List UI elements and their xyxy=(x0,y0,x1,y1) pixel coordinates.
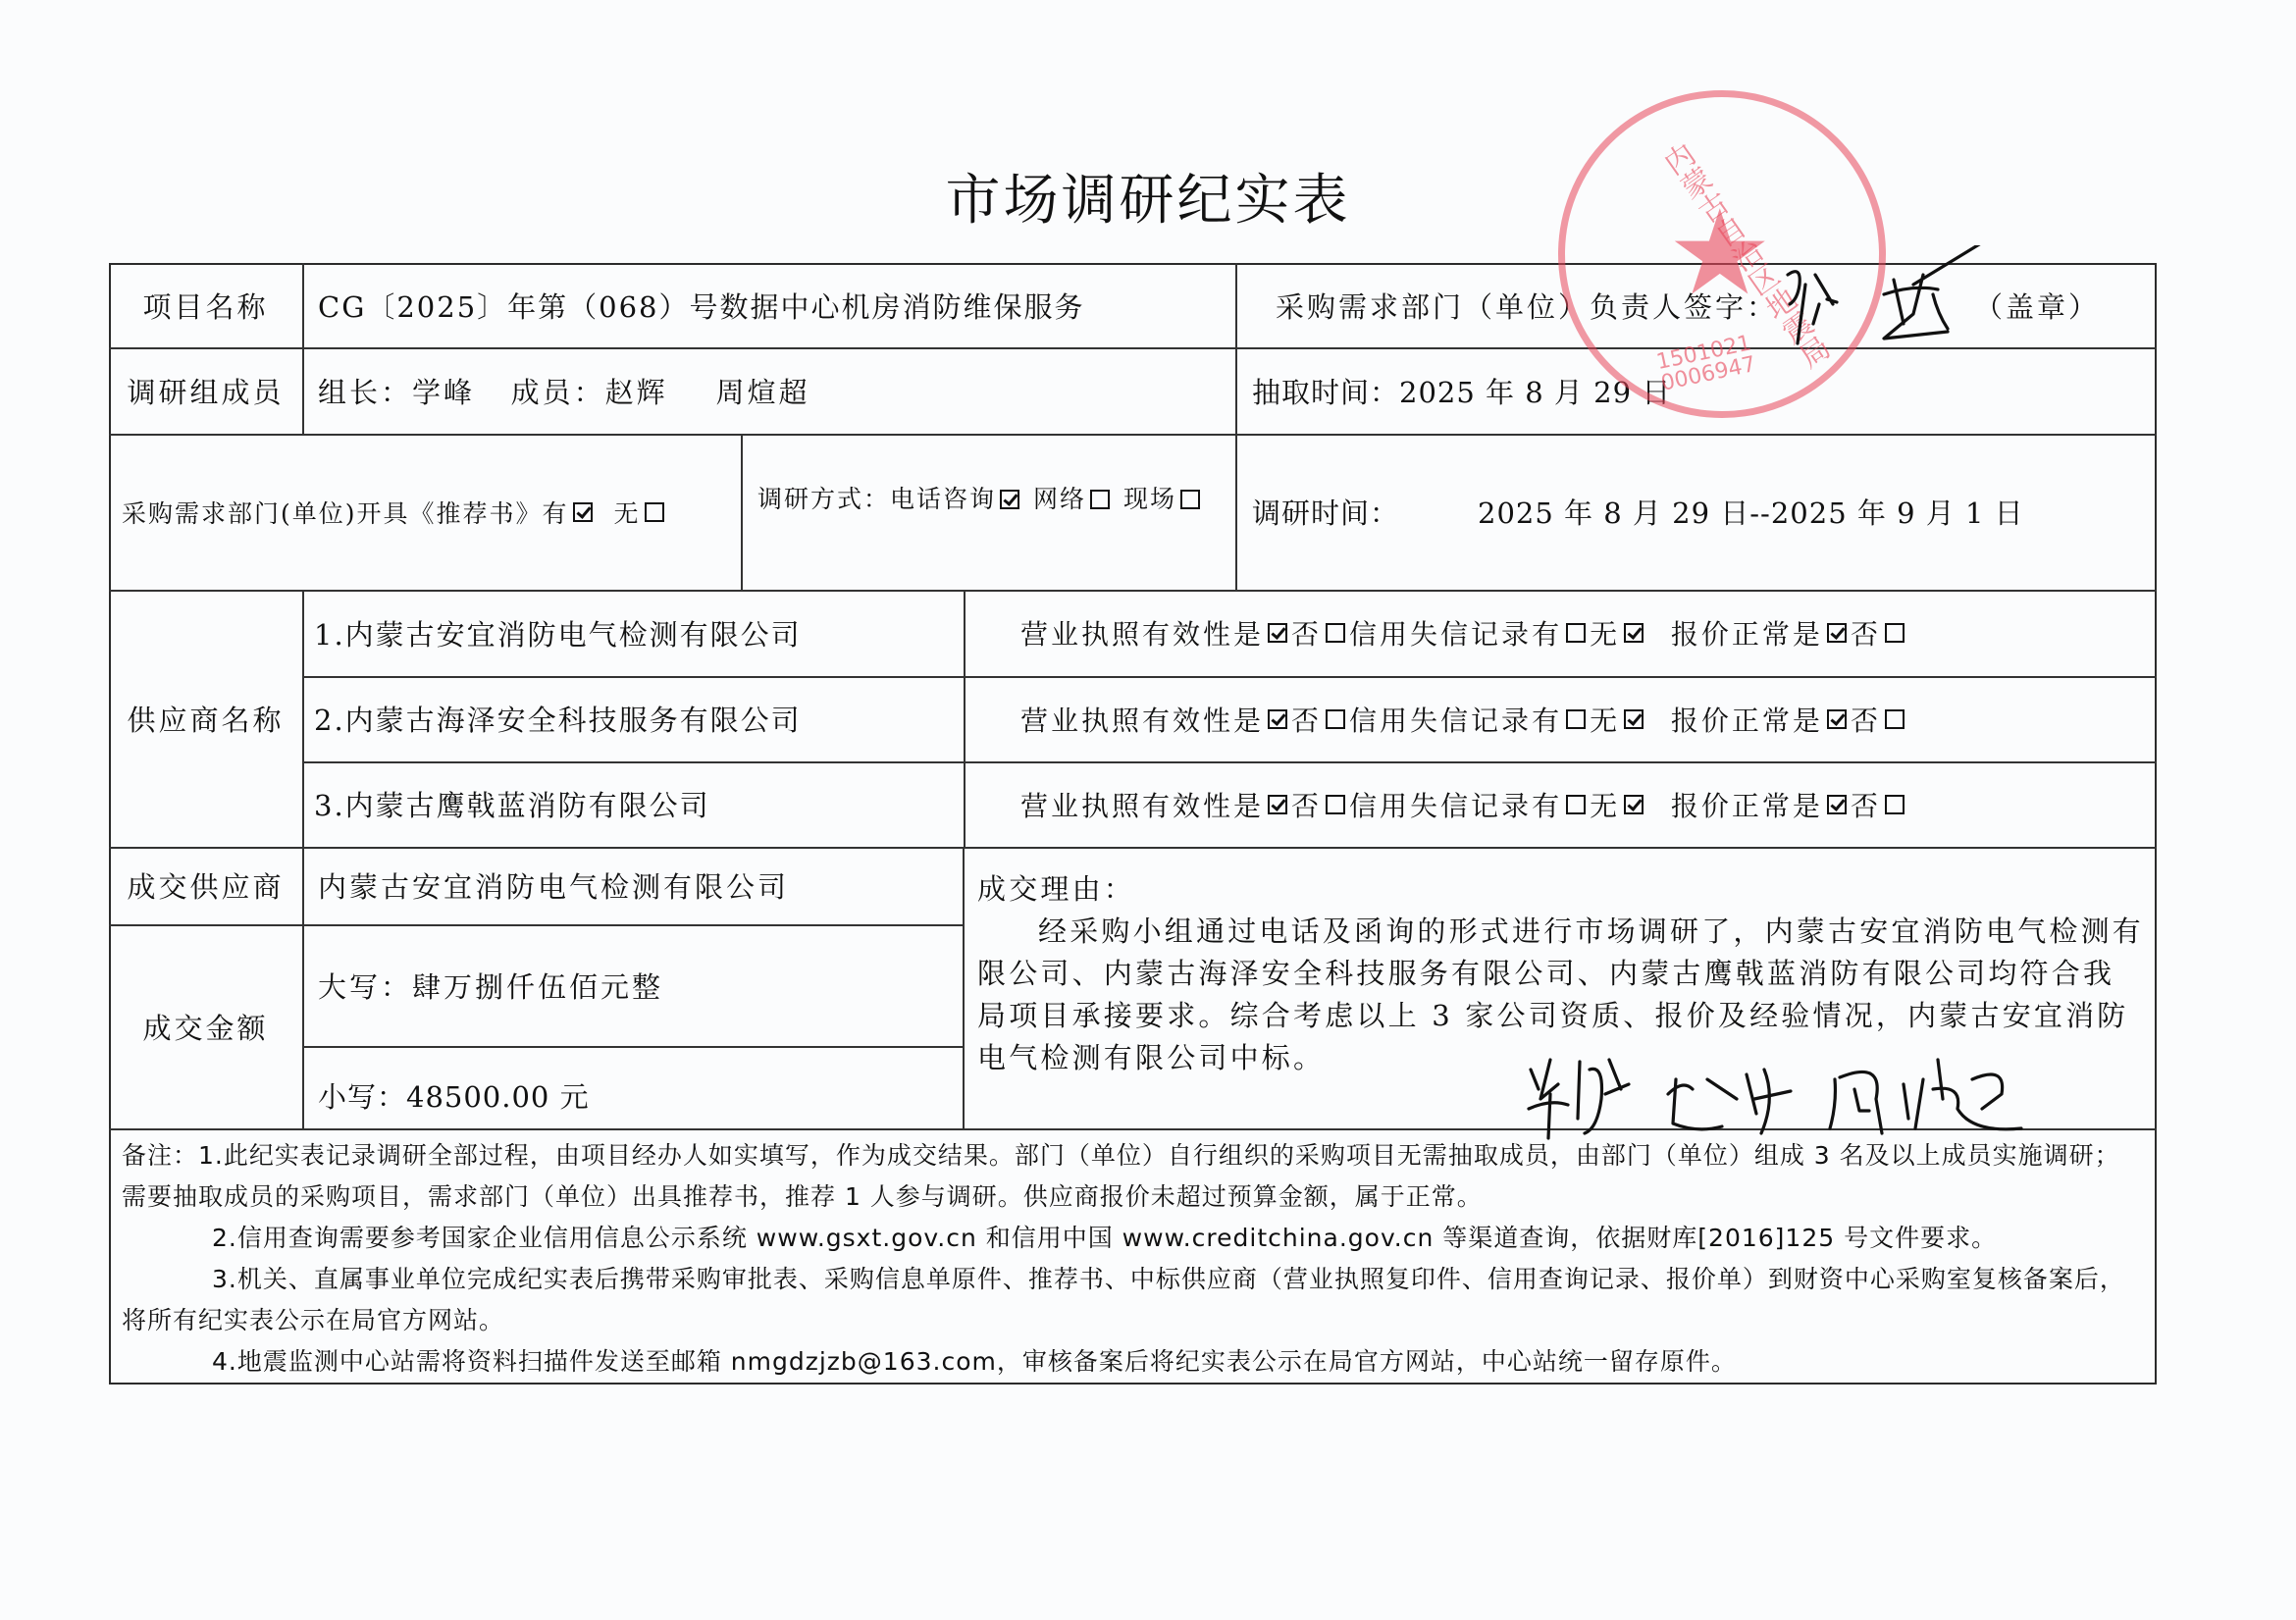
credit-have-checkbox[interactable] xyxy=(1566,709,1586,729)
credit-none-label: 无 xyxy=(1590,785,1620,824)
quote-yes-checkbox[interactable] xyxy=(1827,795,1847,814)
winner-value: 内蒙古安宜消防电气检测有限公司 xyxy=(318,847,956,924)
supplier-checks: 营业执照有效性 是 否 信用失信记录 有无 报价正常 是 否 xyxy=(1020,761,2149,847)
credit-none-label: 无 xyxy=(1590,700,1620,739)
license-no-checkbox[interactable] xyxy=(1326,623,1345,643)
credit-none-checkbox[interactable] xyxy=(1624,709,1644,729)
signature-field: 采购需求部门（单位）负责人签字： （盖章） xyxy=(1276,263,2149,347)
license-label: 营业执照有效性 xyxy=(1020,700,1233,739)
credit-have-checkbox[interactable] xyxy=(1566,795,1586,814)
quote-no-label: 否 xyxy=(1851,613,1881,653)
license-no-checkbox[interactable] xyxy=(1326,709,1345,729)
quote-yes-label: 是 xyxy=(1793,785,1823,824)
license-no-checkbox[interactable] xyxy=(1326,795,1345,814)
license-label: 营业执照有效性 xyxy=(1020,785,1233,824)
note-2: 2.信用查询需要参考国家企业信用信息公示系统 www.gsxt.gov.cn 和… xyxy=(122,1218,2143,1259)
research-method-label: 调研方式： xyxy=(757,485,890,513)
recommendation-no-label: 无 xyxy=(614,495,641,530)
note-1: 备注：1.此纪实表记录调研全部过程，由项目经办人如实填写，作为成交结果。部门（单… xyxy=(122,1135,2143,1218)
amount-uppercase: 大写：肆万捌仟伍佰元整 xyxy=(318,924,956,1046)
license-no-label: 否 xyxy=(1291,785,1322,824)
credit-label: 信用失信记录 xyxy=(1349,613,1532,653)
license-no-label: 否 xyxy=(1291,700,1322,739)
deal-reason-label: 成交理由： xyxy=(977,868,2145,911)
quote-yes-label: 是 xyxy=(1793,613,1823,653)
supplier-checks: 营业执照有效性 是 否 信用失信记录 有无 报价正常 是 否 xyxy=(1020,590,2149,676)
method-network-label: 网络 xyxy=(1033,485,1086,513)
license-yes-label: 是 xyxy=(1233,613,1264,653)
research-method-field: 调研方式：电话咨询 网络 现场 xyxy=(757,461,1219,538)
project-name-value: CG〔2025〕年第（068）号数据中心机房消防维保服务 xyxy=(318,263,1230,347)
amount-lowercase: 小写：48500.00 元 xyxy=(318,1046,956,1144)
note-4: 4.地震监测中心站需将资料扫描件发送至邮箱 nmgdzjzb@163.com，审… xyxy=(122,1341,2143,1383)
suppliers-label: 供应商名称 xyxy=(109,590,302,847)
stamp-label: （盖章） xyxy=(1974,286,2100,326)
quote-yes-checkbox[interactable] xyxy=(1827,709,1847,729)
credit-label: 信用失信记录 xyxy=(1349,785,1532,824)
research-time-value: 2025 年 8 月 29 日--2025 年 9 月 1 日 xyxy=(1478,492,2024,532)
license-yes-checkbox[interactable] xyxy=(1268,709,1287,729)
license-yes-label: 是 xyxy=(1233,700,1264,739)
deal-reason-text: 经采购小组通过电话及函询的形式进行市场调研了，内蒙古安宜消防电气检测有限公司、内… xyxy=(977,911,2145,1079)
quote-no-label: 否 xyxy=(1851,700,1881,739)
recommendation-field: 采购需求部门(单位)开具《推荐书》有 无 xyxy=(122,434,740,590)
credit-have-checkbox[interactable] xyxy=(1566,623,1586,643)
quote-label: 报价正常 xyxy=(1671,700,1793,739)
method-onsite-label: 现场 xyxy=(1123,485,1176,513)
license-yes-label: 是 xyxy=(1233,785,1264,824)
draw-time: 抽取时间：2025 年 8 月 29 日 xyxy=(1252,347,2135,434)
signature-label: 采购需求部门（单位）负责人签字： xyxy=(1276,286,1778,326)
recommendation-yes-checkbox[interactable] xyxy=(573,502,593,522)
research-time: 调研时间： 2025 年 8 月 29 日--2025 年 9 月 1 日 xyxy=(1252,434,2135,590)
supplier-checks: 营业执照有效性 是 否 信用失信记录 有无 报价正常 是 否 xyxy=(1020,676,2149,761)
license-yes-checkbox[interactable] xyxy=(1268,623,1287,643)
quote-no-checkbox[interactable] xyxy=(1885,623,1905,643)
license-yes-checkbox[interactable] xyxy=(1268,795,1287,814)
note-3: 3.机关、直属事业单位完成纪实表后携带采购审批表、采购信息单原件、推荐书、中标供… xyxy=(122,1259,2143,1341)
license-no-label: 否 xyxy=(1291,613,1322,653)
recommendation-no-checkbox[interactable] xyxy=(645,502,664,522)
document-title: 市场调研纪实表 xyxy=(0,157,2296,235)
credit-label: 信用失信记录 xyxy=(1349,700,1532,739)
winner-label: 成交供应商 xyxy=(109,847,302,924)
research-time-label: 调研时间： xyxy=(1252,492,1478,532)
project-name-label: 项目名称 xyxy=(109,263,302,347)
quote-label: 报价正常 xyxy=(1671,613,1793,653)
deal-reason: 成交理由： 经采购小组通过电话及函询的形式进行市场调研了，内蒙古安宜消防电气检测… xyxy=(977,868,2145,1079)
quote-label: 报价正常 xyxy=(1671,785,1793,824)
license-label: 营业执照有效性 xyxy=(1020,613,1233,653)
quote-no-label: 否 xyxy=(1851,785,1881,824)
method-onsite-checkbox[interactable] xyxy=(1180,490,1200,509)
recommendation-text: 采购需求部门(单位)开具《推荐书》有 xyxy=(122,495,569,530)
quote-no-checkbox[interactable] xyxy=(1885,709,1905,729)
quote-yes-checkbox[interactable] xyxy=(1827,623,1847,643)
credit-have-label: 有 xyxy=(1532,785,1562,824)
team-value: 组长：学峰 成员：赵辉 周煊超 xyxy=(318,347,1230,434)
amount-label: 成交金额 xyxy=(109,924,302,1128)
method-phone-label: 电话咨询 xyxy=(890,485,996,513)
quote-yes-label: 是 xyxy=(1793,700,1823,739)
supplier-name: 2.内蒙古海泽安全科技服务有限公司 xyxy=(314,676,952,761)
supplier-name: 1.内蒙古安宜消防电气检测有限公司 xyxy=(314,590,952,676)
method-phone-checkbox[interactable] xyxy=(1000,490,1019,509)
credit-none-label: 无 xyxy=(1590,613,1620,653)
team-label: 调研组成员 xyxy=(109,347,302,434)
method-network-checkbox[interactable] xyxy=(1090,490,1110,509)
credit-have-label: 有 xyxy=(1532,613,1562,653)
quote-no-checkbox[interactable] xyxy=(1885,795,1905,814)
credit-none-checkbox[interactable] xyxy=(1624,623,1644,643)
supplier-name: 3.内蒙古鹰戟蓝消防有限公司 xyxy=(314,761,952,847)
credit-none-checkbox[interactable] xyxy=(1624,795,1644,814)
credit-have-label: 有 xyxy=(1532,700,1562,739)
notes-section: 备注：1.此纪实表记录调研全部过程，由项目经办人如实填写，作为成交结果。部门（单… xyxy=(122,1135,2143,1383)
